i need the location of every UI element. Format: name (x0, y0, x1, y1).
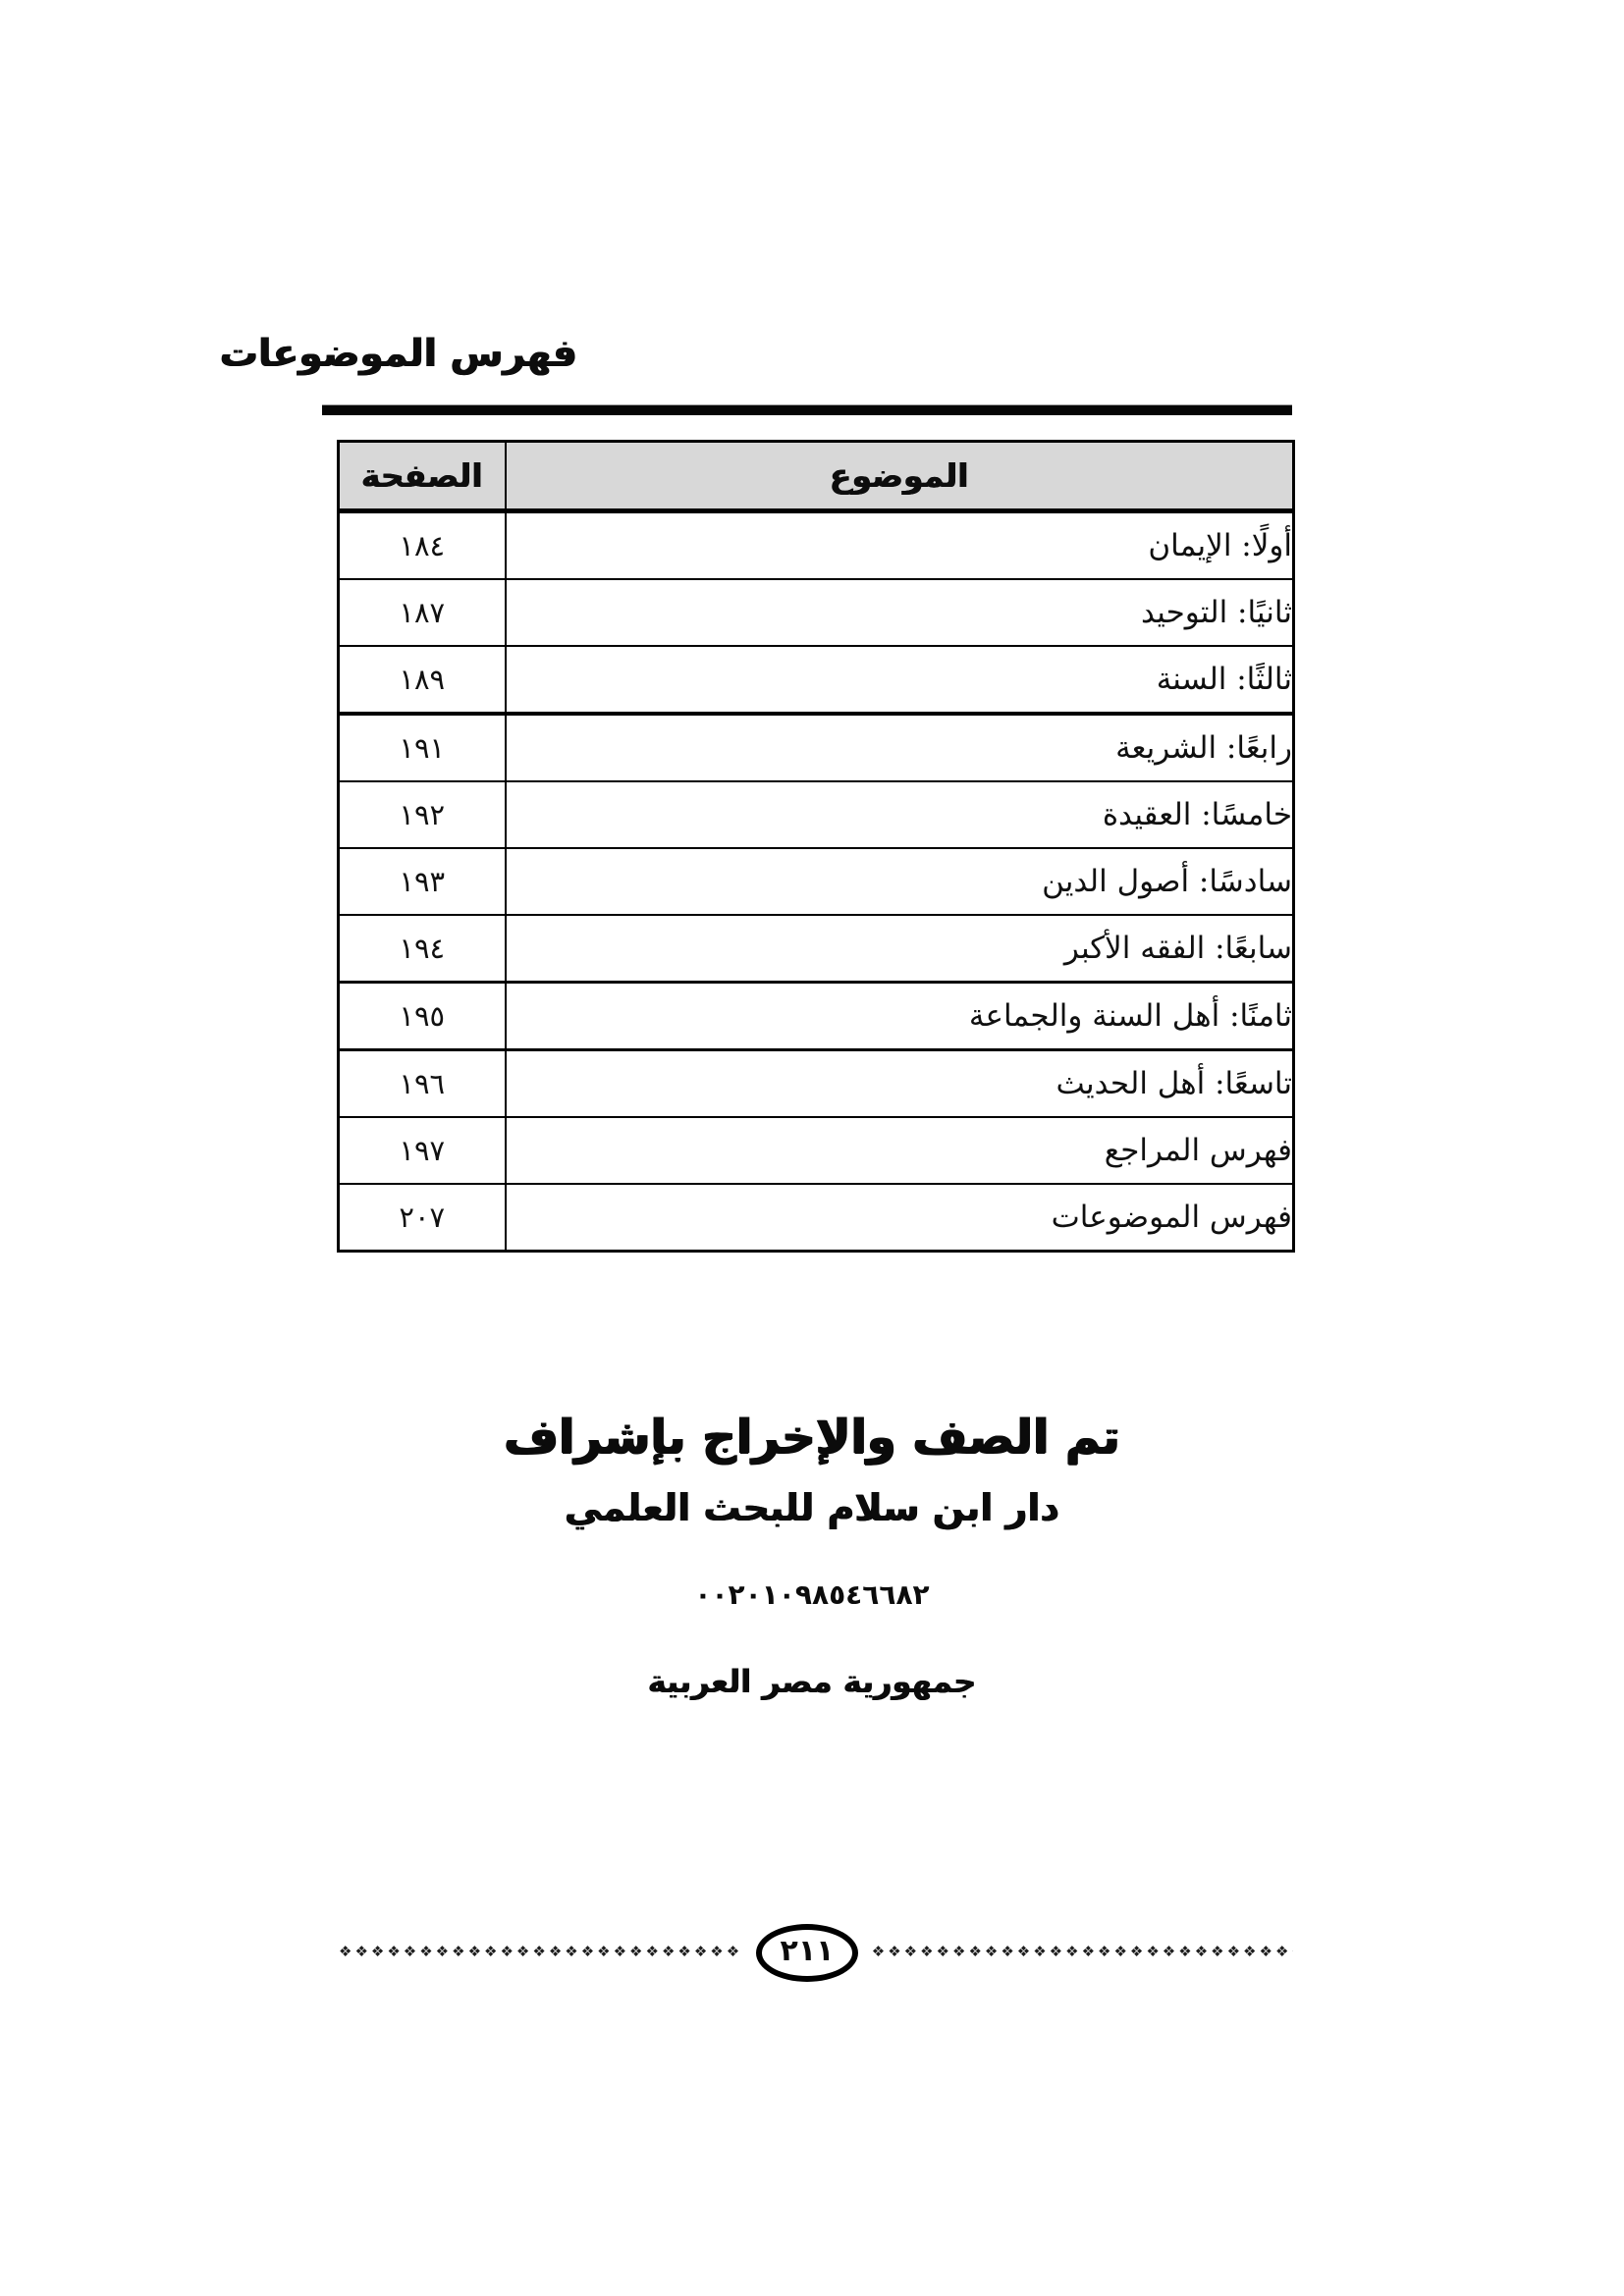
colophon-country: جمهورية مصر العربية (0, 1663, 1624, 1700)
topic-cell: أولًا: الإيمان (506, 511, 1294, 580)
page-number-cell: ١٩١ (339, 714, 506, 781)
contents-table-header: الموضوع الصفحة (339, 442, 1294, 511)
topic-cell: رابعًا: الشريعة (506, 714, 1294, 781)
colophon-heading: تم الصف والإخراج بإشراف (0, 1410, 1624, 1465)
table-row: فهرس المراجع ١٩٧ (339, 1117, 1294, 1184)
table-row: رابعًا: الشريعة ١٩١ (339, 714, 1294, 781)
page-number-cell: ١٩٢ (339, 781, 506, 848)
topic-cell: تاسعًا: أهل الحديث (506, 1050, 1294, 1118)
page-number-cell: ١٩٣ (339, 848, 506, 915)
column-header-page: الصفحة (339, 442, 506, 511)
topic-cell: سابعًا: الفقه الأكبر (506, 915, 1294, 983)
colophon-publisher: دار ابن سلام للبحث العلمي (0, 1486, 1624, 1529)
page-number-cell: ١٩٥ (339, 983, 506, 1050)
table-row: تاسعًا: أهل الحديث ١٩٦ (339, 1050, 1294, 1118)
table-row: سادسًا: أصول الدين ١٩٣ (339, 848, 1294, 915)
topic-cell: ثامنًا: أهل السنة والجماعة (506, 983, 1294, 1050)
colophon-phone-number: ٠٠٢٠١٠٩٨٥٤٦٦٨٢ (0, 1578, 1624, 1611)
table-row: فهرس الموضوعات ٢٠٧ (339, 1184, 1294, 1252)
topic-cell: سادسًا: أصول الدين (506, 848, 1294, 915)
footer-page-badge: ٢١١ (756, 1924, 858, 1982)
topic-cell: ثالثًا: السنة (506, 646, 1294, 714)
footer-page-number: ٢١١ (781, 1934, 835, 1972)
table-row: أولًا: الإيمان ١٨٤ (339, 511, 1294, 580)
table-row: خامسًا: العقيدة ١٩٢ (339, 781, 1294, 848)
contents-table: الموضوع الصفحة أولًا: الإيمان ١٨٤ ثانيًا… (337, 440, 1295, 1253)
page-number-cell: ١٩٦ (339, 1050, 506, 1118)
page-title: فهرس الموضوعات (352, 332, 577, 376)
table-row: ثالثًا: السنة ١٨٩ (339, 646, 1294, 714)
title-rule-divider (322, 404, 1292, 415)
table-header-row: الموضوع الصفحة (339, 442, 1294, 511)
table-row: سابعًا: الفقه الأكبر ١٩٤ (339, 915, 1294, 983)
topic-cell: ثانيًا: التوحيد (506, 579, 1294, 646)
page-number-cell: ١٨٧ (339, 579, 506, 646)
page-number-cell: ١٩٧ (339, 1117, 506, 1184)
topic-cell: خامسًا: العقيدة (506, 781, 1294, 848)
topic-cell: فهرس الموضوعات (506, 1184, 1294, 1252)
table-row: ثانيًا: التوحيد ١٨٧ (339, 579, 1294, 646)
topic-cell: فهرس المراجع (506, 1117, 1294, 1184)
contents-table-body: أولًا: الإيمان ١٨٤ ثانيًا: التوحيد ١٨٧ ث… (339, 511, 1294, 1252)
page-number-cell: ١٨٤ (339, 511, 506, 580)
column-header-topic: الموضوع (506, 442, 1294, 511)
page-number-cell: ١٨٩ (339, 646, 506, 714)
page-number-cell: ١٩٤ (339, 915, 506, 983)
page-number-cell: ٢٠٧ (339, 1184, 506, 1252)
table-row: ثامنًا: أهل السنة والجماعة ١٩٥ (339, 983, 1294, 1050)
